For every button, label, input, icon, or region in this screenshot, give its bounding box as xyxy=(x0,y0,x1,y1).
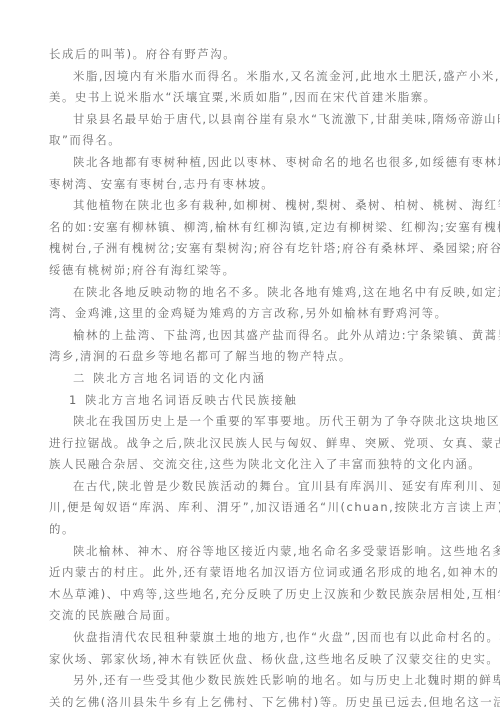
text-line: 名的如:安塞有柳林镇、柳湾,榆林有红柳沟镇,定边有柳树梁、红柳沟;安塞有槐树庄,… xyxy=(49,217,449,239)
subsection-number: 1 xyxy=(69,390,85,412)
paragraph-start: 榆林的上盐湾、下盐湾,也因其盛产盐而得名。此外从靖边:宁条梁镇、黄蒿界乡、席麻 xyxy=(49,325,449,347)
section-number: 二 xyxy=(73,368,93,390)
text-line: 木丛草滩)、中鸡等,这些地名,充分反映了历史上汉族和少数民族杂居相处,互相学习,… xyxy=(49,584,449,606)
paragraph-start: 在陕北各地反映动物的地名不多。陕北各地有雉鸡,这在地名中有反映,如定边的金鸡 xyxy=(49,282,449,304)
text-line: 湾、金鸡滩,这里的金鸡疑为雉鸡的方言改称,另外如榆林有野鸡河等。 xyxy=(49,303,449,325)
text-line: 取”而得名。 xyxy=(49,130,449,152)
paragraph-start: 另外,还有一些受其他少数民族姓氏影响的地名。如与历史上北魏时期的鲜卑族活动有 xyxy=(49,670,449,692)
paragraph-start: 陕北各地都有枣树种植,因此以枣林、枣树命名的地名也很多,如绥德有枣林坪、绥德的 xyxy=(49,152,449,174)
paragraph-start: 甘泉县名最早始于唐代,以县南谷崖有泉水“飞流激下,甘甜美味,隋炀帝游山时曾汲 xyxy=(49,109,449,131)
paragraph-start: 米脂,因境内有米脂水而得名。米脂水,又名流金河,此地水土肥沃,盛产小米,质醇味 xyxy=(49,66,449,88)
text-line: 族人民融合杂居、交流交往,这些为陕北文化注入了丰富而独特的文化内涵。 xyxy=(49,454,449,476)
text-line: 绥德有桃树峁;府谷有海红梁等。 xyxy=(49,260,449,282)
section-title: 陕北方言地名词语的文化内涵 xyxy=(93,371,266,385)
subsection-title: 陕北方言地名词语反映古代民族接触 xyxy=(85,393,298,407)
text-line: 关的乞佛(洛川县朱牛乡有上乞佛村、下乞佛村)等。历史虽已远去,但地名这一活化石却… xyxy=(49,692,449,707)
document-page: 长成后的叫苇)。府谷有野芦沟。 米脂,因境内有米脂水而得名。米脂水,又名流金河,… xyxy=(49,44,449,707)
text-line: 交流的民族融合局面。 xyxy=(49,605,449,627)
paragraph-start: 伙盘指清代农民租种蒙旗土地的地方,也作“火盘”,因而也有以此命村名的。榆林有白 xyxy=(49,627,449,649)
text-line: 美。史书上说米脂水“沃壤宜粟,米质如脂”,因而在宋代首建米脂寨。 xyxy=(49,87,449,109)
paragraph-start: 其他植物在陕北也多有栽种,如柳树、槐树,梨树、桑树、柏树、桃树、海红等。以此命 xyxy=(49,195,449,217)
paragraph-start: 陕北榆林、神木、府谷等地区接近内蒙,地名命名多受蒙语影响。这些地名多分布于靠 xyxy=(49,541,449,563)
text-line: 进行拉锯战。战争之后,陕北汉民族人民与匈奴、鲜卑、突厥、党项、女真、蒙古等少数民 xyxy=(49,433,449,455)
text-line: 家伙场、郭家伙场,神木有铁匠伙盘、杨伙盘,这些地名反映了汉蒙交往的史实。 xyxy=(49,649,449,671)
text-line: 川,便是匈奴语“库涡、库利、渭牙”,加汉语通名“川(chuan,按陕北方言读上声… xyxy=(49,497,449,519)
paragraph-start: 陕北在我国历史上是一个重要的军事要地。历代王朝为了争夺陕北这块地区,长期频繁 xyxy=(49,411,449,433)
text-line: 枣树湾、安塞有枣树台,志丹有枣林坡。 xyxy=(49,174,449,196)
text-line: 近内蒙古的村庄。此外,还有蒙语地名加汉语方位词或通名形成的地名,如神木的大保当(… xyxy=(49,562,449,584)
text-line: 长成后的叫苇)。府谷有野芦沟。 xyxy=(49,44,449,66)
text-line: 的。 xyxy=(49,519,449,541)
section-heading: 二陕北方言地名词语的文化内涵 xyxy=(49,368,449,390)
paragraph-start: 在古代,陕北曾是少数民族活动的舞台。宜川县有库涡川、延安有库利川、延长有渭牙 xyxy=(49,476,449,498)
subsection-heading: 1陕北方言地名词语反映古代民族接触 xyxy=(49,390,449,412)
text-line: 湾乡,清涧的石盘乡等地名都可了解当地的物产特点。 xyxy=(49,346,449,368)
text-line: 槐树台,子洲有槐树岔;安塞有梨树沟;府谷有圪针塔;府谷有桑林坪、桑园梁;府谷有柏… xyxy=(49,238,449,260)
